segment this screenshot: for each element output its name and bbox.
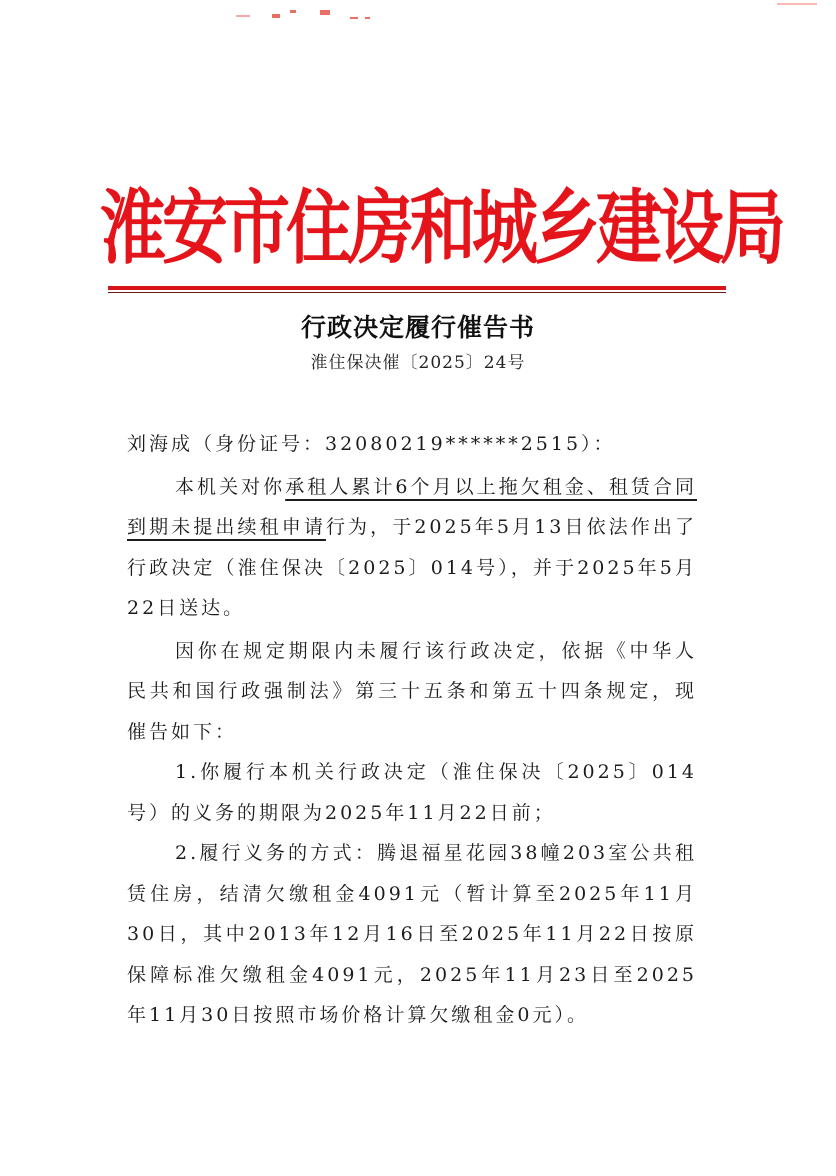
paragraph-legal-basis: 因你在规定期限内未履行该行政决定，依据《中华人民共和国行政强制法》第三十五条和第…	[127, 631, 697, 753]
scan-artifacts	[0, 0, 836, 30]
item-deadline: 1.你履行本机关行政决定（淮住保决〔2025〕014号）的义务的期限为2025年…	[127, 752, 697, 833]
letterhead-red-rule	[108, 286, 726, 290]
paragraph-decision: 本机关对你承租人累计6个月以上拖欠租金、租赁合同到期未提出续租申请行为，于202…	[127, 467, 697, 629]
letterhead-agency-name: 淮安市住房和城乡建设局	[100, 167, 736, 289]
document-title: 行政决定履行催告书	[0, 308, 836, 344]
item-method: 2.履行义务的方式：腾退福星花园38幢203室公共租赁住房，结清欠缴租金4091…	[127, 833, 697, 1036]
document-body: 刘海成（身份证号：32080219******2515）： 本机关对你承租人累计…	[127, 424, 697, 1036]
paragraph-decision-lead: 本机关对你	[175, 476, 285, 498]
recipient-line: 刘海成（身份证号：32080219******2515）：	[127, 424, 697, 465]
letterhead-red-rule-thin	[108, 292, 726, 293]
document-number: 淮住保决催〔2025〕24号	[0, 348, 836, 373]
